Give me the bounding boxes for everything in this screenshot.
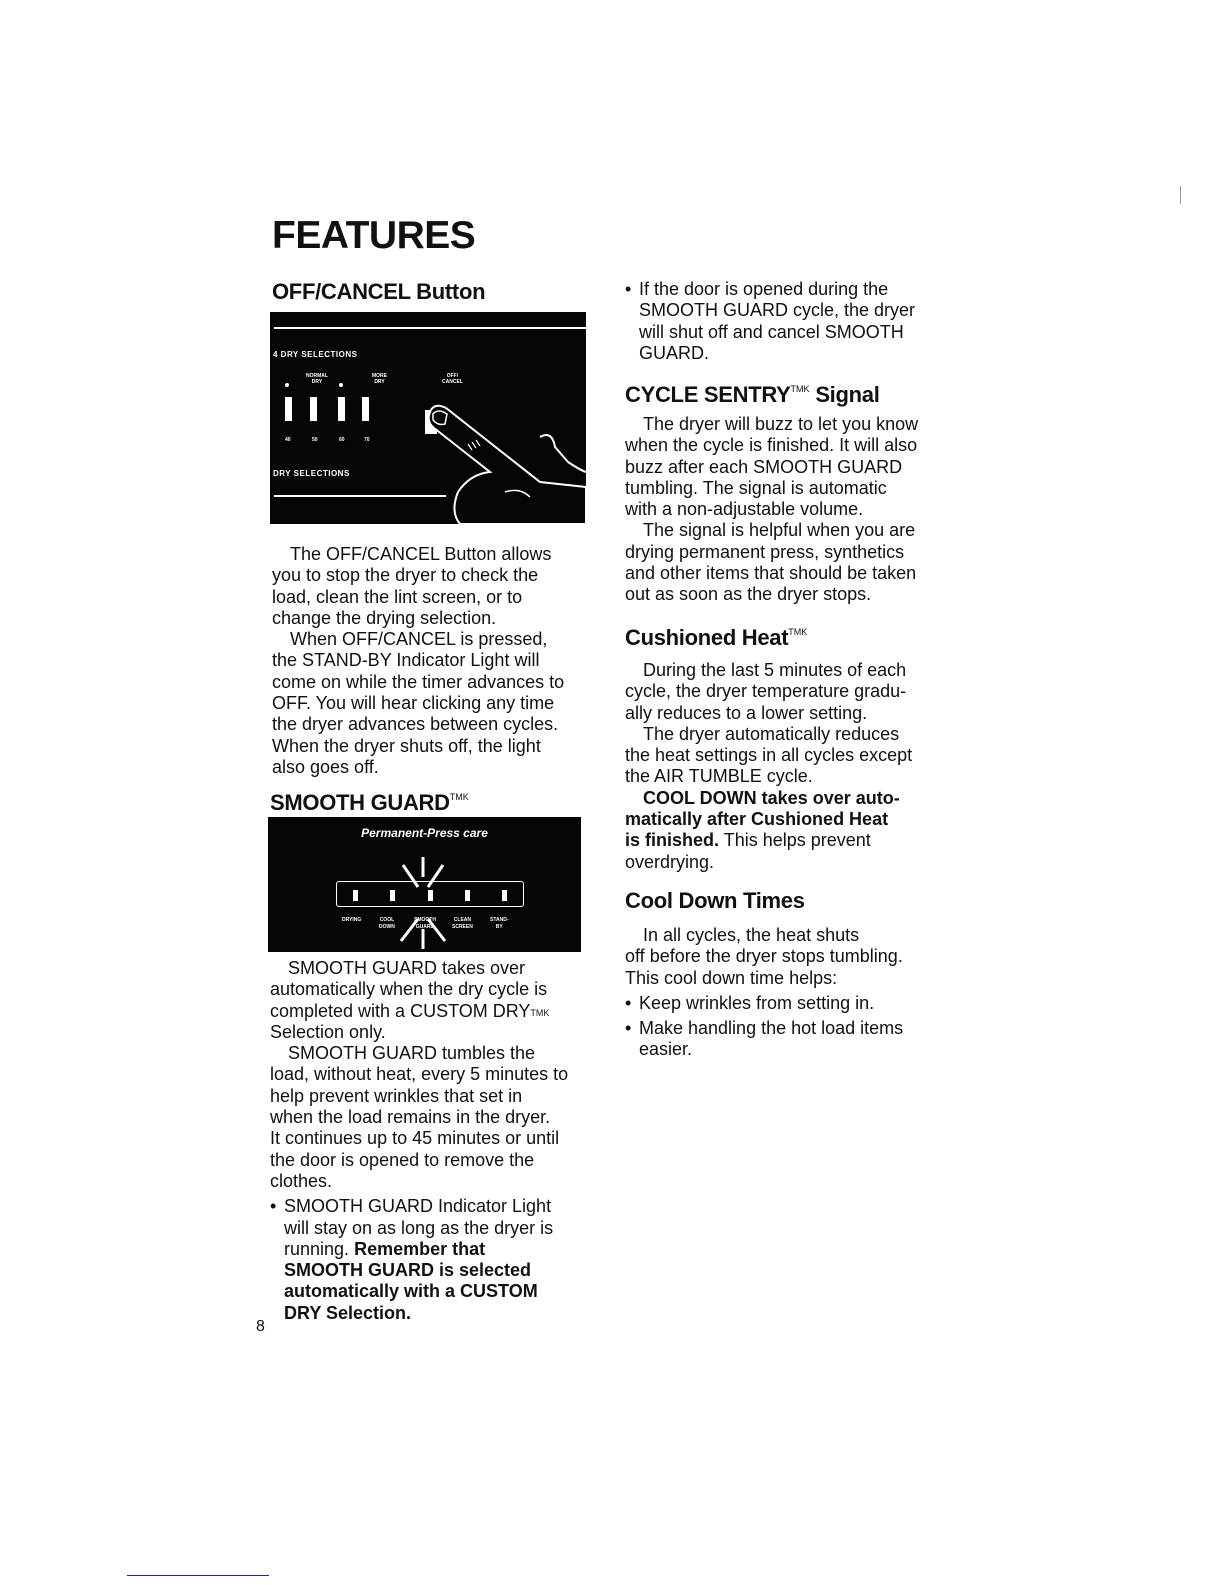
key-number: 60: [339, 437, 345, 443]
footer-rule: [127, 1575, 269, 1576]
panel-top-label: 4 DRY SELECTIONS: [273, 350, 357, 359]
indicator-label: STAND-BY: [490, 917, 509, 931]
panel-bottom-label: DRY SELECTIONS: [273, 469, 350, 478]
indicator-lamp-cool-down: [390, 890, 395, 901]
hand-pressing-button-icon: [420, 392, 586, 524]
indicator-frame: [336, 881, 524, 907]
indicator-label: SMOOTHGUARD: [414, 917, 436, 931]
smooth-guard-description: SMOOTH GUARD takes over automatically wh…: [270, 958, 568, 1324]
cycle-sentry-description: The dryer will buzz to let you know when…: [625, 414, 918, 606]
panel-title: Permanent-Press care: [268, 826, 581, 840]
panel-top-rule: [274, 327, 586, 329]
off-cancel-label: OFF/CANCEL: [442, 373, 463, 385]
scan-edge-mark: [1180, 186, 1181, 204]
cushioned-heat-description: During the last 5 minutes of each cycle,…: [625, 660, 912, 873]
key-number: 40: [285, 437, 291, 443]
cool-down-description: In all cycles, the heat shuts off before…: [625, 925, 903, 1061]
dry-key-50: [310, 397, 317, 421]
control-panel-illustration: 4 DRY SELECTIONS NORMALDRY MOREDRY OFF/C…: [270, 312, 586, 524]
key-number: 70: [364, 437, 370, 443]
dry-key-70: [362, 397, 369, 421]
cycle-sentry-heading: CYCLE SENTRYTMK Signal: [625, 382, 880, 408]
indicator-label: CLEANSCREEN: [452, 917, 473, 931]
key-number: 50: [312, 437, 318, 443]
indicator-lamp-smooth-guard: [428, 890, 433, 901]
page-title: FEATURES: [272, 214, 475, 258]
smooth-guard-heading: SMOOTH GUARDTMK: [270, 790, 469, 816]
page-number: 8: [256, 1318, 265, 1336]
cool-down-bullet: Keep wrinkles from setting in.: [625, 993, 903, 1014]
more-dry-label: MOREDRY: [372, 373, 387, 385]
dry-key-40: [285, 397, 292, 421]
indicator-lamp-stand-by: [502, 890, 507, 901]
dry-key-60: [338, 397, 345, 421]
indicator-label: DRYING: [342, 917, 361, 924]
normal-dry-label: NORMALDRY: [306, 373, 328, 385]
cushioned-heat-heading: Cushioned HeatTMK: [625, 625, 807, 651]
off-cancel-description: The OFF/CANCEL Button allows you to stop…: [272, 544, 564, 778]
indicator-dot: [339, 383, 343, 387]
indicator-label: COOLDOWN: [379, 917, 395, 931]
indicator-panel-illustration: Permanent-Press care DRYING COOLDOWN SMO…: [268, 817, 581, 952]
indicator-dot: [285, 383, 289, 387]
indicator-lamp-drying: [353, 890, 358, 901]
smooth-guard-bullet: SMOOTH GUARD Indicator Light will stay o…: [270, 1196, 568, 1324]
door-opened-bullet: If the door is opened during the SMOOTH …: [625, 279, 915, 364]
indicator-lamp-clean-screen: [465, 890, 470, 901]
cool-down-heading: Cool Down Times: [625, 888, 805, 914]
cool-down-bullet: Make handling the hot load items easier.: [625, 1018, 903, 1061]
off-cancel-heading: OFF/CANCEL Button: [272, 279, 485, 305]
